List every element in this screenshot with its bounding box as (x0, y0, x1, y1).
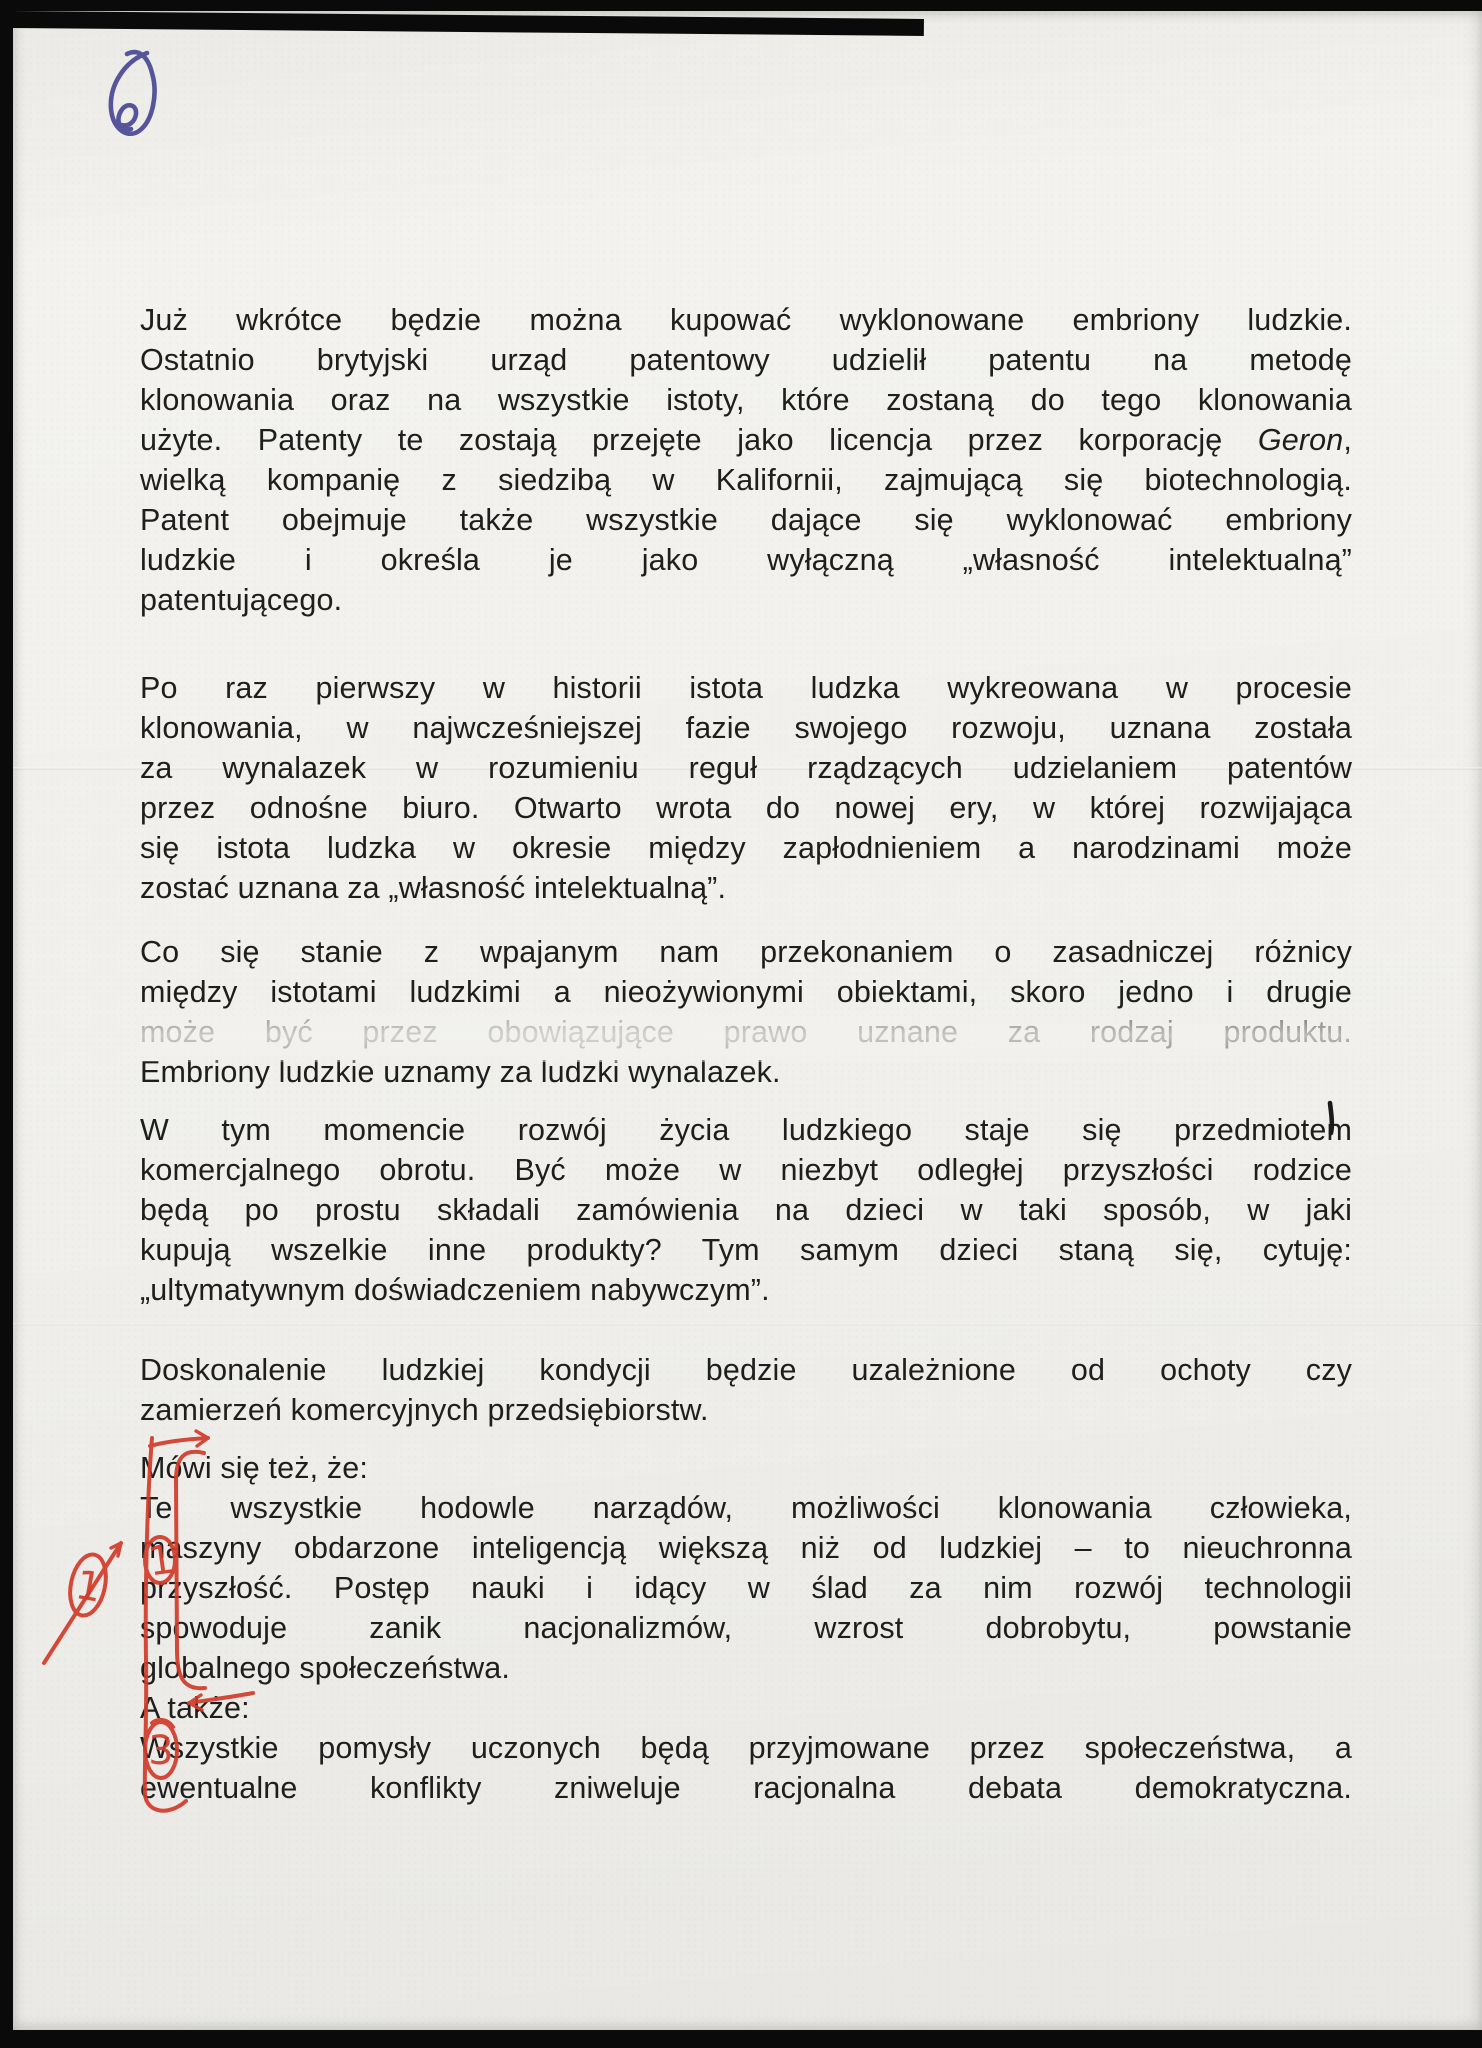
text-line: Wszystkie pomysły uczonych będą przyjmow… (140, 1728, 1352, 1768)
paper-sheet: Już wkrótce będzie można kupować wyklono… (13, 11, 1482, 2030)
text-line: Po raz pierwszy w historii istota ludzka… (140, 668, 1352, 708)
text-line: Już wkrótce będzie można kupować wyklono… (140, 300, 1352, 340)
paragraph-3: Co się stanie z wpajanym nam przekonanie… (140, 932, 1352, 1092)
document-text: Już wkrótce będzie można kupować wyklono… (140, 300, 1352, 1808)
text-line: A także: (140, 1688, 1352, 1728)
text-line: zostać uznana za „własność intelektualną… (140, 868, 1352, 908)
text-line: Ostatnio brytyjski urząd patentowy udzie… (140, 340, 1352, 380)
paragraph-5: Doskonalenie ludzkiej kondycji będzie uz… (140, 1350, 1352, 1430)
text-line: klonowania oraz na wszystkie istoty, któ… (140, 380, 1352, 420)
text-line: Mówi się też, że: (140, 1448, 1352, 1488)
text-line: Embriony ludzkie uznamy za ludzki wynala… (140, 1052, 1352, 1092)
text-line: komercjalnego obrotu. Być może w niezbyt… (140, 1150, 1352, 1190)
text-line: ewentualne konflikty zniweluje racjonaln… (140, 1768, 1352, 1808)
text-line: Te wszystkie hodowle narządów, możliwośc… (140, 1488, 1352, 1528)
text-line: użyte. Patenty te zostają przejęte jako … (140, 420, 1352, 460)
quoted-claims-block: Mówi się też, że: Te wszystkie hodowle n… (140, 1448, 1352, 1808)
text-segment: użyte. Patenty te zostają przejęte jako … (140, 423, 1258, 457)
text-segment: , (1343, 423, 1352, 457)
text-line: Patent obejmuje także wszystkie dające s… (140, 500, 1352, 540)
text-line: przyszłość. Postęp nauki i idący w ślad … (140, 1568, 1352, 1608)
text-line: ludzkie i określa je jako wyłączną „włas… (140, 540, 1352, 580)
scan-edge-shadow (13, 11, 924, 36)
italic-company-name: Geron (1258, 423, 1344, 457)
text-line: się istota ludzka w okresie między zapło… (140, 828, 1352, 868)
text-line: klonowania, w najwcześniejszej fazie swo… (140, 708, 1352, 748)
text-line: kupują wszelkie inne produkty? Tym samym… (140, 1230, 1352, 1270)
text-line: Co się stanie z wpajanym nam przekonanie… (140, 932, 1352, 972)
faded-print-line: może być przez obowiązujące prawo uznane… (140, 1012, 1352, 1052)
text-line: „ultymatywnym doświadczeniem nabywczym”. (140, 1270, 1352, 1310)
text-line: między istotami ludzkimi a nieożywionymi… (140, 972, 1352, 1012)
text-line: zamierzeń komercyjnych przedsiębiorstw. (140, 1390, 1352, 1430)
text-line: wielką kompanię z siedzibą w Kalifornii,… (140, 460, 1352, 500)
scanned-page: Już wkrótce będzie można kupować wyklono… (0, 0, 1482, 2048)
text-line: W tym momencie rozwój życia ludzkiego st… (140, 1110, 1352, 1150)
text-line: za wynalazek w rozumieniu reguł rządzący… (140, 748, 1352, 788)
text-line: spowoduje zanik nacjonalizmów, wzrost do… (140, 1608, 1352, 1648)
text-line: Doskonalenie ludzkiej kondycji będzie uz… (140, 1350, 1352, 1390)
text-line: będą po prostu składali zamówienia na dz… (140, 1190, 1352, 1230)
paragraph-2: Po raz pierwszy w historii istota ludzka… (140, 668, 1352, 908)
text-line: patentującego. (140, 580, 1352, 620)
paragraph-4: W tym momencie rozwój życia ludzkiego st… (140, 1110, 1352, 1310)
text-line: przez odnośne biuro. Otwarto wrota do no… (140, 788, 1352, 828)
text-line: maszyny obdarzone inteligencją większą n… (140, 1528, 1352, 1568)
paragraph-1: Już wkrótce będzie można kupować wyklono… (140, 300, 1352, 620)
blue-pen-initial-mark (95, 45, 165, 140)
text-line: globalnego społeczeństwa. (140, 1648, 1352, 1688)
